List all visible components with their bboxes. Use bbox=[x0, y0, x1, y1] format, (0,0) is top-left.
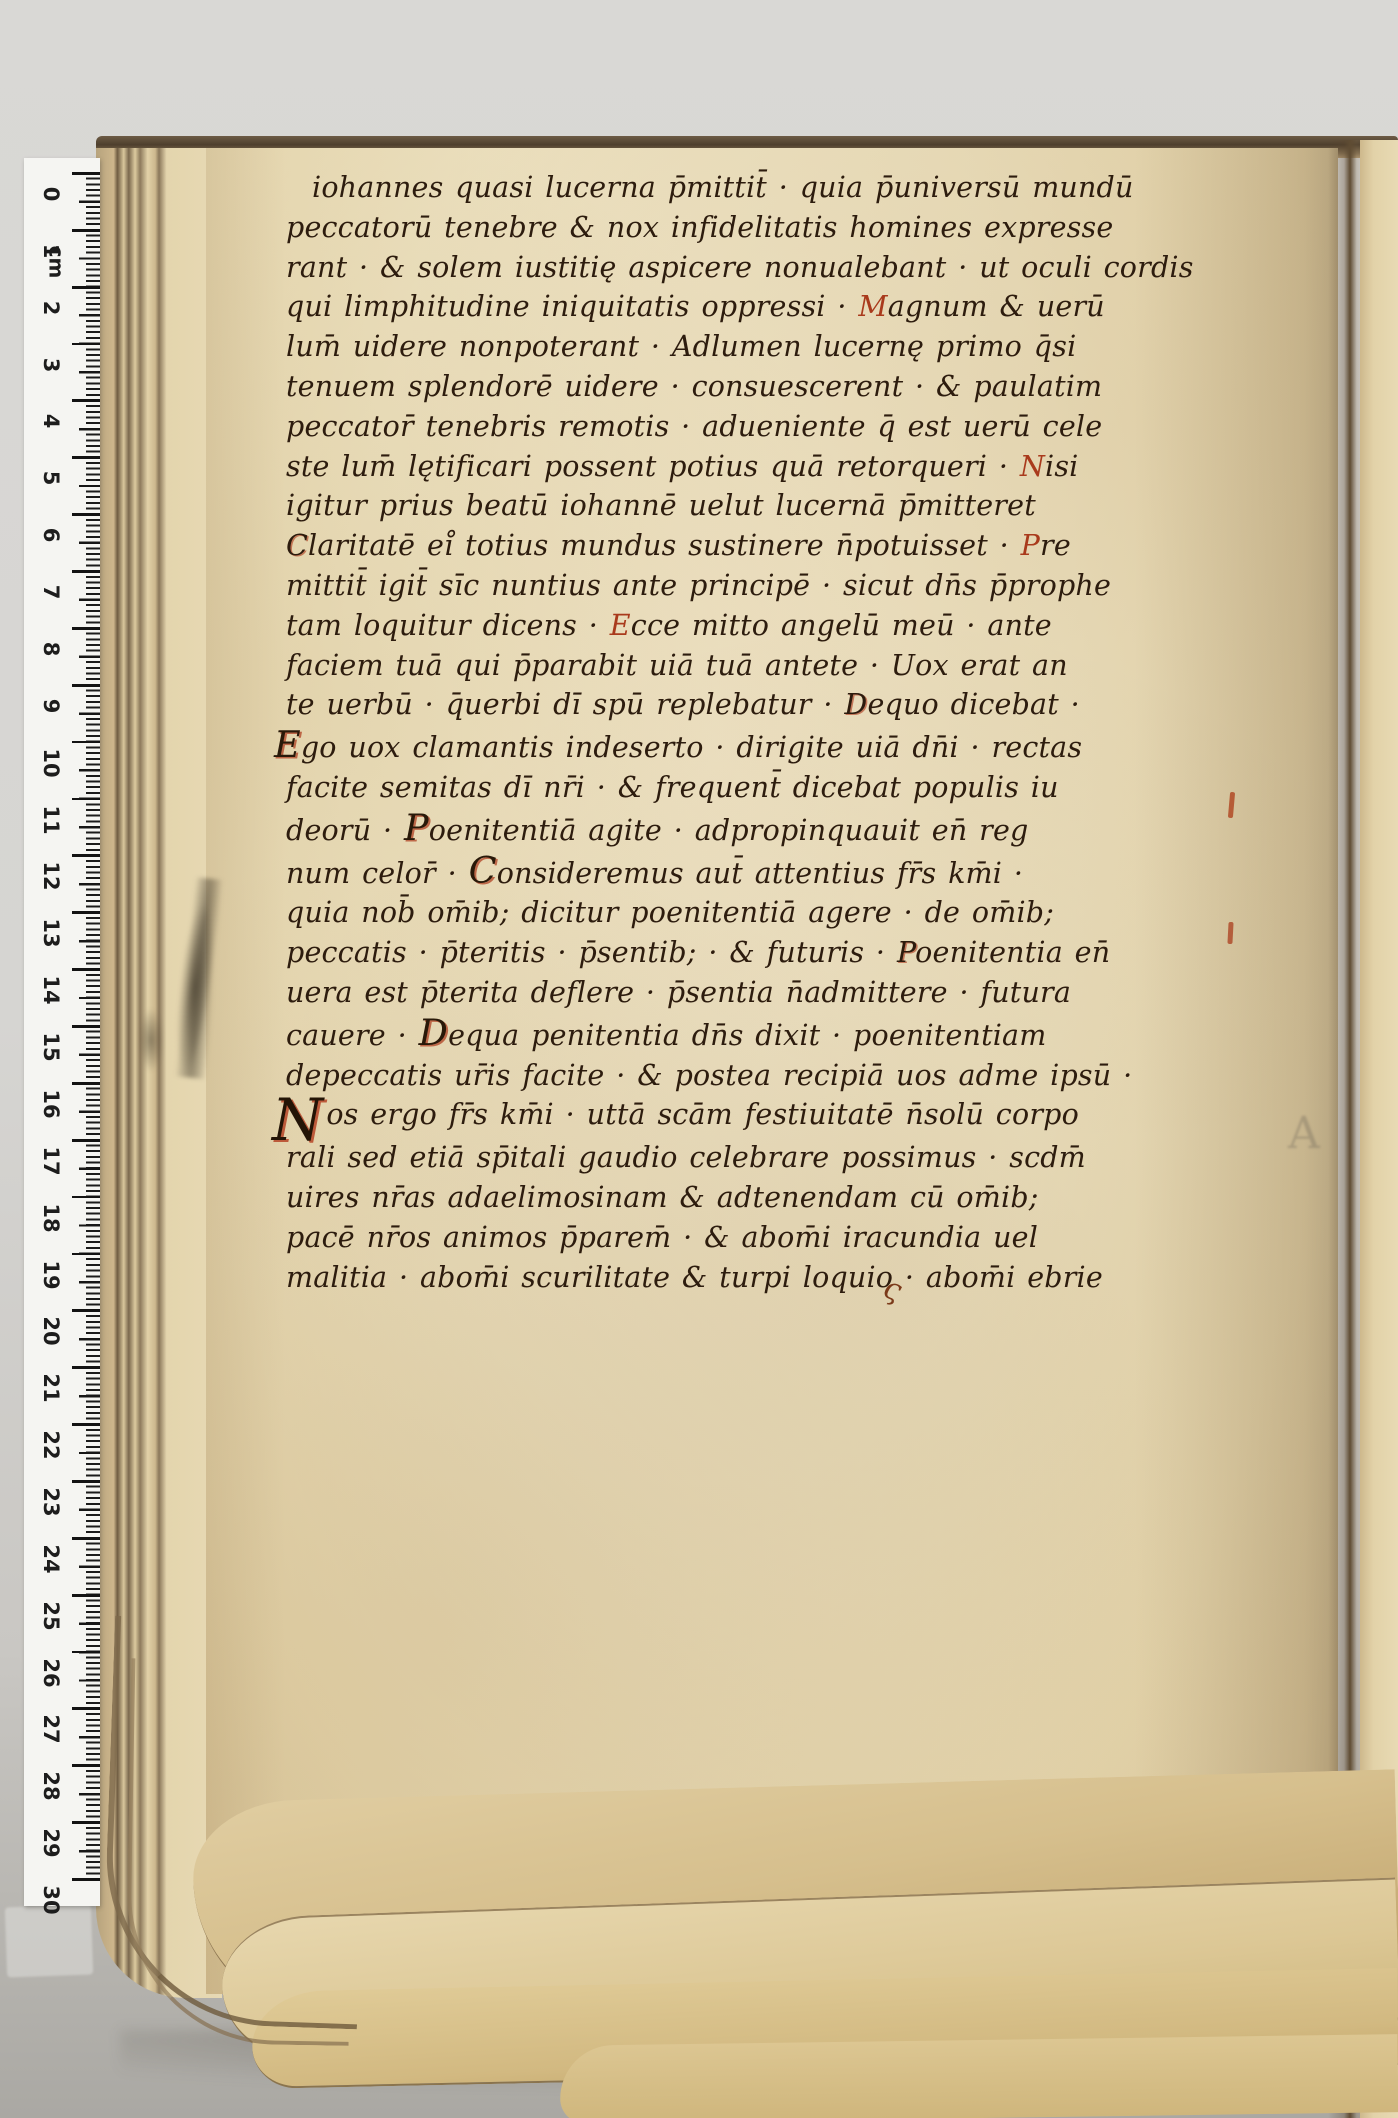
manuscript-line: mittit̄ igit̄ sīc nuntius ante principē … bbox=[286, 566, 978, 606]
manuscript-line: igitur prius beatū iohannē uelut lucernā… bbox=[286, 486, 978, 526]
ruler-cm-tick bbox=[72, 1025, 100, 1028]
ruler-cm-number: 17 bbox=[39, 1144, 63, 1178]
manuscript-text: lum̄ uidere nonpoterant · Adlumen lucern… bbox=[286, 330, 1076, 363]
manuscript-line: tam loquitur dicens · Ecce mitto angelū … bbox=[286, 606, 978, 646]
ruler-cm-tick bbox=[72, 456, 100, 459]
ruler-cm-tick bbox=[72, 1253, 100, 1256]
manuscript-line: Claritatē ei̊ totius mundus sustinere n̄… bbox=[286, 526, 978, 566]
ruler-cm-number: 18 bbox=[39, 1201, 63, 1235]
ruler-cm-tick bbox=[72, 798, 100, 801]
manuscript-text: quia nob̄ om̄ib; dicitur poenitentiā age… bbox=[286, 896, 1054, 929]
manuscript-line: depeccatis ur̄is facite · & postea recip… bbox=[286, 1056, 978, 1096]
ruler-cm-tick bbox=[72, 1196, 100, 1199]
manuscript-line: lum̄ uidere nonpoterant · Adlumen lucern… bbox=[286, 327, 978, 367]
ruler-cm-tick bbox=[72, 1764, 100, 1767]
rubricated-initial: C bbox=[469, 849, 497, 892]
manuscript-text: num celor̄ · bbox=[286, 857, 469, 890]
ruler-cm-tick bbox=[72, 343, 100, 346]
ruler-cm-number: 4 bbox=[39, 404, 63, 438]
manuscript-line: Nos ergo fr̄s km̄i · uttā scām festiuita… bbox=[272, 1095, 978, 1138]
manuscript-line: quia nob̄ om̄ib; dicitur poenitentiā age… bbox=[286, 893, 978, 933]
manuscript-line: qui limphitudine iniquitatis oppressi · … bbox=[286, 287, 978, 327]
manuscript-line: te uerbū · q̄uerbi dī spū replebatur · D… bbox=[286, 685, 978, 725]
manuscript-text: mittit̄ igit̄ sīc nuntius ante principē … bbox=[286, 569, 1111, 602]
ruler-cm-tick bbox=[72, 911, 100, 914]
corner-page-edge bbox=[125, 1658, 356, 2046]
manuscript-text: tenuem splendorē uidere · consuescerent … bbox=[286, 370, 1102, 403]
ruler-cm-number: 8 bbox=[39, 632, 63, 666]
manuscript-text: oenitentia en̄ bbox=[915, 936, 1110, 969]
rubricated-initial: P bbox=[897, 936, 915, 969]
manuscript-text: depeccatis ur̄is facite · & postea recip… bbox=[286, 1059, 1132, 1092]
ruler-cm-number: 10 bbox=[39, 746, 63, 780]
ruler-cm-tick bbox=[72, 968, 100, 971]
ruler-cm-number: 0 bbox=[39, 177, 63, 211]
ruler-cm-number: 5 bbox=[39, 461, 63, 495]
manuscript-line: num celor̄ · Consideremus aut̄ attentius… bbox=[286, 851, 978, 894]
manuscript-line: cauere · Dequa penitentia dn̄s dixit · p… bbox=[286, 1013, 978, 1056]
ruler-cm-number: 12 bbox=[39, 859, 63, 893]
curled-leaf-edge bbox=[559, 2034, 1398, 2118]
manuscript-text: re bbox=[1040, 529, 1071, 562]
manuscript-text: equa penitentia dn̄s dixit · poenitentia… bbox=[448, 1019, 1046, 1052]
manuscript-line: faciem tuā qui p̄parabit uiā tuā antete … bbox=[286, 646, 978, 686]
ruler-cm-number: 23 bbox=[39, 1485, 63, 1519]
manuscript-line: deorū · Poenitentiā agite · adpropinquau… bbox=[286, 808, 978, 851]
ruler-unit-label: cm bbox=[44, 246, 68, 279]
ruler-cm-number: 29 bbox=[39, 1826, 63, 1860]
manuscript-text: faciem tuā qui p̄parabit uiā tuā antete … bbox=[286, 649, 1068, 682]
ruler-cm-tick bbox=[72, 570, 100, 573]
ruler-cm-number: 9 bbox=[39, 689, 63, 723]
manuscript-text: pacē nr̄os animos p̄parem̄ · & abom̄i ir… bbox=[286, 1221, 1038, 1254]
manuscript-line: rant · & solem iustitię aspicere nonuale… bbox=[286, 248, 978, 288]
manuscript-line: facite semitas dī nr̄i · & frequent̄ dic… bbox=[286, 768, 978, 808]
manuscript-text: agnum & uerū bbox=[888, 290, 1105, 323]
manuscript-line: rali sed etiā sp̄itali gaudio celebrare … bbox=[286, 1138, 978, 1178]
ruler-cm-number: 27 bbox=[39, 1712, 63, 1746]
manuscript-line: malitia · abom̄i scurilitate & turpi loq… bbox=[286, 1258, 978, 1298]
manuscript-line: tenuem splendorē uidere · consuescerent … bbox=[286, 367, 978, 407]
ruler-cm-number: 20 bbox=[39, 1314, 63, 1348]
ruler-cm-number: 25 bbox=[39, 1599, 63, 1633]
rubricated-initial: E bbox=[610, 609, 631, 642]
manuscript-text: deorū · bbox=[286, 814, 404, 847]
manuscript-text: qui limphitudine iniquitatis oppressi · bbox=[286, 290, 858, 323]
manuscript-text: facite semitas dī nr̄i · & frequent̄ dic… bbox=[286, 771, 1059, 804]
manuscript-text: cauere · bbox=[286, 1019, 419, 1052]
manuscript-text: rant · & solem iustitię aspicere nonuale… bbox=[286, 251, 1194, 284]
rubricated-initial: N bbox=[1020, 450, 1045, 483]
rubricated-initial: P bbox=[404, 806, 429, 849]
manuscript-text: uera est p̄terita deflere · p̄sentia n̄a… bbox=[286, 976, 1071, 1009]
ruler-cm-tick bbox=[72, 684, 100, 687]
photograph-background: 0123456789101112131415161718192021222324… bbox=[0, 0, 1398, 2118]
manuscript-text: igitur prius beatū iohannē uelut lucernā… bbox=[286, 489, 1036, 522]
ruler-cm-number: 13 bbox=[39, 916, 63, 950]
ruler-cm-tick bbox=[72, 1594, 100, 1597]
manuscript-text: oenitentiā agite · adpropinquauit en̄ re… bbox=[429, 814, 1029, 847]
manuscript-text: malitia · abom̄i scurilitate & turpi loq… bbox=[286, 1261, 1103, 1294]
rubricated-initial: E bbox=[274, 723, 301, 766]
rubricated-initial: P bbox=[1021, 529, 1040, 562]
manuscript-text-block: iohannes quasi lucerna p̄mittit̄ · quia … bbox=[286, 168, 978, 1298]
ruler-cm-number: 11 bbox=[39, 803, 63, 837]
ruler-cm-tick bbox=[72, 1309, 100, 1312]
ruler-cm-tick bbox=[72, 1139, 100, 1142]
ruler-cm-tick bbox=[72, 513, 100, 516]
manuscript-line: peccator̄ tenebris remotis · adueniente … bbox=[286, 407, 978, 447]
manuscript-line: uera est p̄terita deflere · p̄sentia n̄a… bbox=[286, 973, 978, 1013]
manuscript-line: ste lum̄ lętificari possent potius quā r… bbox=[286, 447, 978, 487]
manuscript-text: iohannes quasi lucerna p̄mittit̄ · quia … bbox=[312, 171, 1134, 204]
ruler-cm-tick bbox=[72, 229, 100, 232]
ruler-cm-number: 28 bbox=[39, 1769, 63, 1803]
ruler-cm-tick bbox=[72, 854, 100, 857]
ruler-cm-tick bbox=[72, 1480, 100, 1483]
manuscript-line: uires nr̄as adaelimosinam & adtenendam c… bbox=[286, 1178, 978, 1218]
rubricated-initial: M bbox=[858, 290, 887, 323]
rubricated-initial: D bbox=[844, 688, 867, 721]
ruler-cm-tick bbox=[72, 1082, 100, 1085]
manuscript-line: peccatis · p̄teritis · p̄sentib; · & fut… bbox=[286, 933, 978, 973]
manuscript-text: cce mitto angelū meū · ante bbox=[631, 609, 1052, 642]
ruler-cm-tick bbox=[72, 1423, 100, 1426]
manuscript-text: ste lum̄ lętificari possent potius quā r… bbox=[286, 450, 1020, 483]
ruler-cm-number: 2 bbox=[39, 291, 63, 325]
rubricated-initial: D bbox=[419, 1011, 448, 1054]
rubricated-initial: N bbox=[272, 1103, 323, 1138]
ruler-cm-number: 16 bbox=[39, 1087, 63, 1121]
manuscript-line: iohannes quasi lucerna p̄mittit̄ · quia … bbox=[312, 168, 978, 208]
ruler-cm-tick bbox=[72, 1651, 100, 1654]
manuscript-text: peccatorū tenebre & nox infidelitatis ho… bbox=[286, 211, 1113, 244]
ink-smudge bbox=[138, 1005, 164, 1075]
manuscript-text: isi bbox=[1045, 450, 1078, 483]
manuscript-text: laritatē ei̊ totius mundus sustinere n̄p… bbox=[308, 529, 1021, 562]
ruler-cm-number: 6 bbox=[39, 518, 63, 552]
cm-ruler: 0123456789101112131415161718192021222324… bbox=[24, 158, 100, 1906]
ghost-letter: A bbox=[1288, 1108, 1320, 1159]
ruler-cm-number: 19 bbox=[39, 1258, 63, 1292]
manuscript-line: peccatorū tenebre & nox infidelitatis ho… bbox=[286, 208, 978, 248]
ruler-cm-number: 21 bbox=[39, 1371, 63, 1405]
ruler-cm-number: 22 bbox=[39, 1428, 63, 1462]
manuscript-text: rali sed etiā sp̄itali gaudio celebrare … bbox=[286, 1141, 1086, 1174]
ruler-cm-number: 7 bbox=[39, 575, 63, 609]
ruler-cm-tick bbox=[72, 399, 100, 402]
manuscript-text: go uox clamantis indeserto · dirigite ui… bbox=[301, 731, 1082, 764]
ruler-cm-number: 3 bbox=[39, 348, 63, 382]
manuscript-text: uires nr̄as adaelimosinam & adtenendam c… bbox=[286, 1181, 1039, 1214]
manuscript-text: tam loquitur dicens · bbox=[286, 609, 610, 642]
ruler-cm-tick bbox=[72, 627, 100, 630]
ruler-cm-number: 30 bbox=[39, 1883, 63, 1917]
ruler-cm-tick bbox=[72, 741, 100, 744]
ruler-cm-number: 15 bbox=[39, 1030, 63, 1064]
ruler-cm-number: 26 bbox=[39, 1656, 63, 1690]
manuscript-text: os ergo fr̄s km̄i · uttā scām festiuitat… bbox=[326, 1098, 1079, 1131]
manuscript-text: peccatis · p̄teritis · p̄sentib; · & fut… bbox=[286, 936, 897, 969]
ruler-cm-tick bbox=[72, 1537, 100, 1540]
manuscript-line: pacē nr̄os animos p̄parem̄ · & abom̄i ir… bbox=[286, 1218, 978, 1258]
ruler-cm-tick bbox=[72, 1366, 100, 1369]
rubricated-initial: C bbox=[286, 529, 308, 562]
ruler-cm-number: 14 bbox=[39, 973, 63, 1007]
ruler-cm-number: 24 bbox=[39, 1542, 63, 1576]
manuscript-text: te uerbū · q̄uerbi dī spū replebatur · bbox=[286, 688, 844, 721]
manuscript-text: onsideremus aut̄ attentius fr̄s km̄i · bbox=[497, 857, 1023, 890]
manuscript-line: Ego uox clamantis indeserto · dirigite u… bbox=[274, 725, 978, 768]
ruler-cm-tick bbox=[72, 1878, 100, 1881]
manuscript-text: equo dicebat · bbox=[867, 688, 1079, 721]
ruler-cm-tick bbox=[72, 172, 100, 175]
ruler-cm-tick bbox=[72, 286, 100, 289]
ruler-cm-tick bbox=[72, 1821, 100, 1824]
ruler-cm-tick bbox=[72, 1707, 100, 1710]
manuscript-text: peccator̄ tenebris remotis · adueniente … bbox=[286, 410, 1102, 443]
